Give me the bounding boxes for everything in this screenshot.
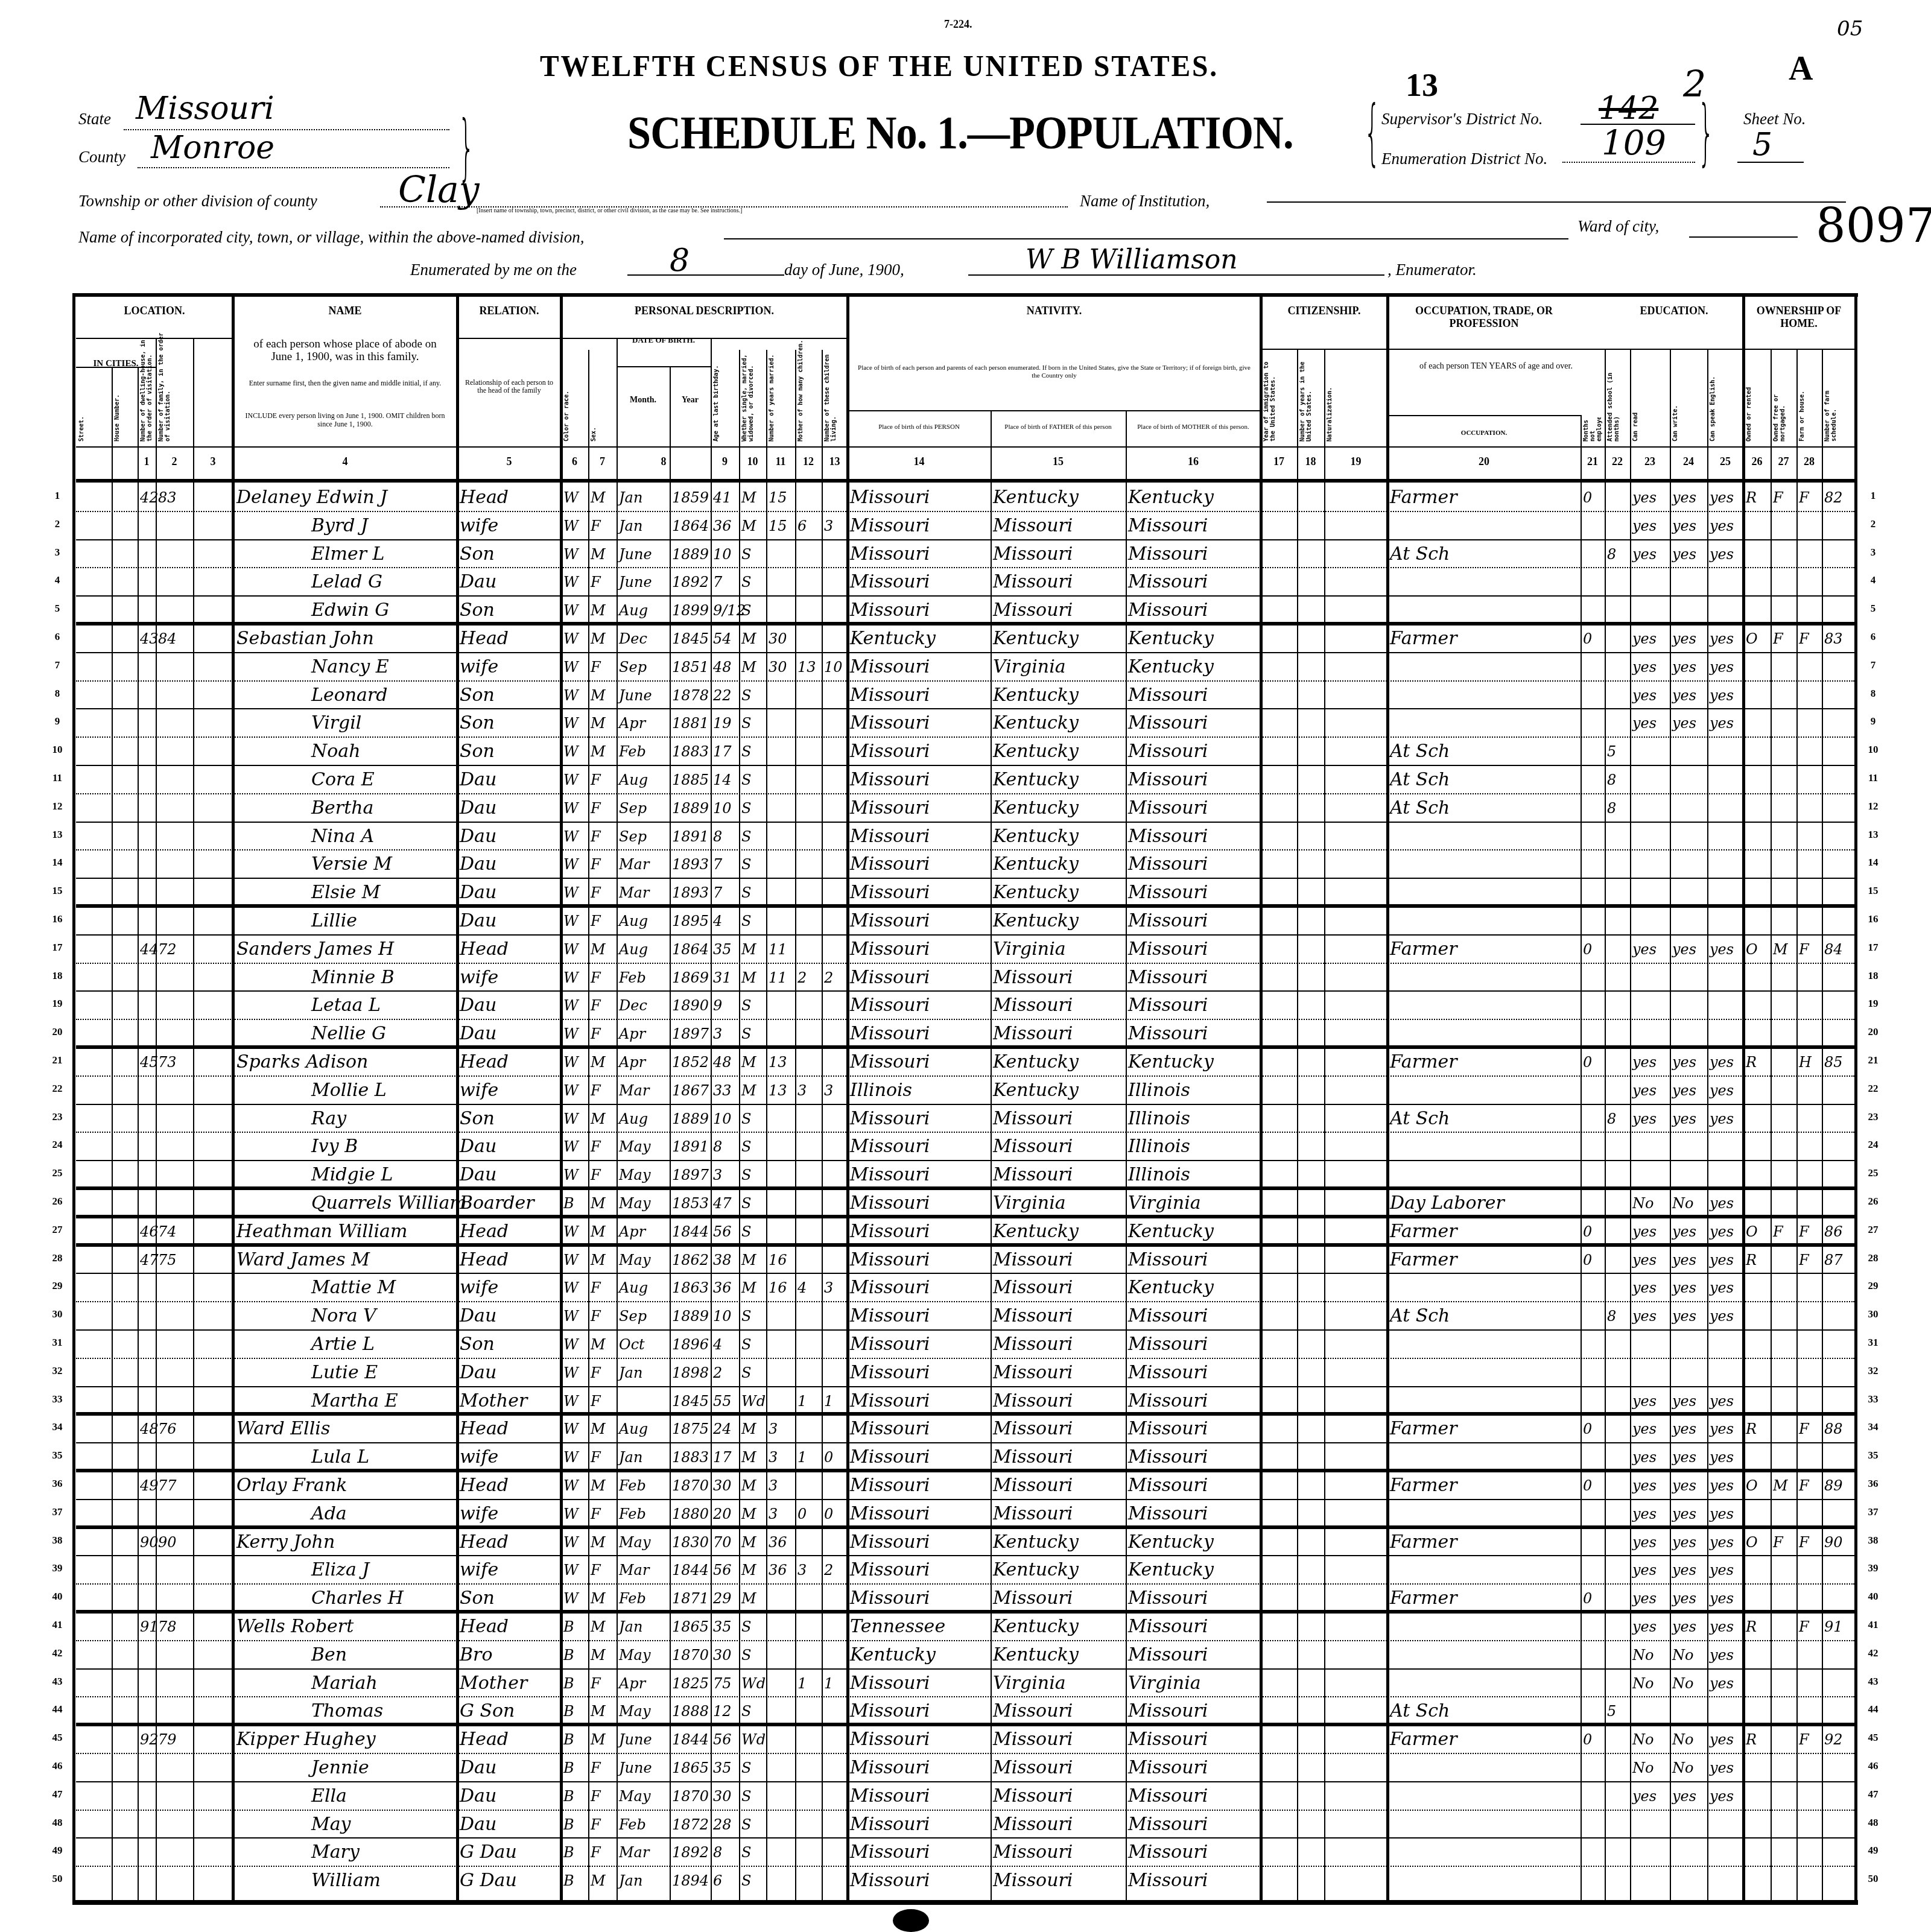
cell-mo: Mar [619, 1561, 649, 1579]
cell-name: Jennie [311, 1759, 369, 1777]
cell-age: 70 [713, 1533, 732, 1551]
cell-rd: yes [1632, 1533, 1657, 1551]
cell-yr: 1891 [672, 1138, 709, 1156]
row-number-right: 6 [1864, 631, 1882, 643]
cell-name: Lillie [311, 912, 357, 930]
cell-name: Sebastian John [236, 630, 374, 648]
cell-ym: 16 [769, 1251, 787, 1269]
column-number-28: 28 [1796, 455, 1822, 468]
cell-bm: Missouri [1128, 1025, 1208, 1043]
cell-yr: 1883 [672, 743, 709, 761]
relation-header-rule [457, 338, 561, 339]
row-number-right: 32 [1864, 1365, 1882, 1377]
row-number-right: 26 [1864, 1196, 1882, 1208]
cell-yr: 1844 [672, 1223, 709, 1241]
cell-mar: S [741, 1025, 751, 1043]
row-number-right: 9 [1864, 715, 1882, 727]
cell-age: 6 [713, 1872, 722, 1890]
cell-bp: Missouri [850, 1448, 930, 1466]
cell-col: W [563, 545, 579, 563]
cell-rel: Dau [460, 1307, 496, 1325]
cell-fh: F [1799, 489, 1809, 507]
cell-bf: Kentucky [993, 714, 1079, 732]
cell-mo: Jan [619, 1364, 642, 1382]
township-instruction: [Insert name of township, town, precinct… [477, 207, 742, 214]
stamp-number: 13 [1406, 66, 1438, 104]
row-number-right: 31 [1864, 1337, 1882, 1349]
cell-yr: 1869 [672, 969, 709, 987]
cell-fam: 78 [158, 1618, 177, 1636]
cell-fh: F [1799, 1533, 1809, 1551]
cell-dw: 49 [140, 1477, 159, 1495]
cell-of: M [1773, 940, 1788, 958]
cell-bm: Missouri [1128, 686, 1208, 705]
row-number-right: 22 [1864, 1083, 1882, 1095]
cell-age: 9/12 [713, 601, 746, 619]
column-header-family: Number of family, in the order of visita… [158, 331, 191, 442]
cell-col: W [563, 1589, 579, 1607]
cell-ym: 13 [769, 1053, 787, 1071]
cell-bf: Virginia [993, 1194, 1066, 1212]
cell-bf: Kentucky [993, 1618, 1079, 1636]
cell-age: 7 [713, 855, 722, 873]
cell-ym: 16 [769, 1279, 787, 1297]
cell-bm: Missouri [1128, 1787, 1208, 1805]
cell-rd: yes [1632, 1448, 1657, 1466]
cell-wr: No [1672, 1731, 1693, 1749]
column-number-1: 1 [138, 455, 156, 468]
cell-rel: Dau [460, 799, 496, 817]
cell-bm: Kentucky [1128, 658, 1214, 676]
row-number-right: 27 [1864, 1224, 1882, 1236]
cell-age: 47 [713, 1194, 732, 1212]
column-number-21: 21 [1581, 455, 1605, 468]
row-number-right: 47 [1864, 1788, 1882, 1801]
cell-bm: Missouri [1128, 1505, 1208, 1523]
cell-sp: yes [1710, 1618, 1734, 1636]
cell-bf: Kentucky [993, 686, 1079, 705]
cell-wr: yes [1672, 1618, 1696, 1636]
cell-sex: F [591, 996, 601, 1015]
cell-sex: F [591, 1364, 601, 1382]
cell-bp: Missouri [850, 884, 930, 902]
cell-sp: yes [1710, 1731, 1734, 1749]
cell-rd: yes [1632, 940, 1657, 958]
cell-bp: Illinois [850, 1082, 912, 1100]
cell-yr: 1889 [672, 1110, 709, 1128]
cell-cl: 10 [824, 658, 843, 676]
cell-col: W [563, 1110, 579, 1128]
row-number-left: 24 [48, 1139, 66, 1151]
name-instruction-include: INCLUDE every person living on June 1, 1… [245, 411, 445, 428]
county-line [138, 166, 449, 168]
cell-rd: yes [1632, 545, 1657, 563]
cell-sch: 8 [1607, 1110, 1616, 1128]
birth-person-header: Place of birth of this PERSON [854, 422, 985, 432]
cell-age: 30 [713, 1646, 732, 1664]
row-number-left: 49 [48, 1845, 66, 1857]
cell-dw: 47 [140, 1251, 159, 1269]
cell-col: B [563, 1646, 574, 1664]
cell-mar: M [741, 1082, 756, 1100]
cell-col: W [563, 517, 579, 535]
cell-wr: No [1672, 1759, 1693, 1777]
cell-mo: May [619, 1787, 650, 1805]
cell-name: May [311, 1816, 351, 1834]
cell-ym: 36 [769, 1533, 787, 1551]
cell-mc: 4 [797, 1279, 807, 1297]
cell-mo: Dec [619, 630, 647, 648]
cell-mo: Mar [619, 1843, 649, 1861]
enumeration-value: 109 [1602, 124, 1666, 163]
cell-bp: Missouri [850, 1816, 930, 1834]
cell-mo: June [619, 1731, 652, 1749]
cell-rd: yes [1632, 1251, 1657, 1269]
cell-mo: June [619, 545, 652, 563]
cell-bp: Missouri [850, 601, 930, 619]
cell-bm: Missouri [1128, 517, 1208, 535]
cell-sex: M [591, 1618, 606, 1636]
cell-fh: F [1799, 1477, 1809, 1495]
cell-fs: 85 [1824, 1053, 1843, 1071]
cell-rel: Boarder [460, 1194, 534, 1212]
cell-col: B [563, 1731, 574, 1749]
cell-yr: 1890 [672, 996, 709, 1015]
cell-dw: 42 [140, 489, 159, 507]
cell-sex: F [591, 1082, 601, 1100]
ward-value: 8097 [1816, 199, 1931, 253]
cell-rel: Head [460, 1420, 509, 1438]
row-number-left: 26 [48, 1196, 66, 1208]
cell-bf: Kentucky [993, 1646, 1079, 1664]
sheet-label: Sheet No. [1743, 110, 1806, 128]
cell-dw: 92 [140, 1731, 159, 1749]
cell-mc: 1 [797, 1448, 807, 1466]
cell-mu: 0 [1583, 1589, 1592, 1607]
cell-mc: 3 [797, 1082, 807, 1100]
sheet-value: 5 [1752, 127, 1772, 163]
cell-bm: Missouri [1128, 743, 1208, 761]
cell-col: W [563, 1364, 579, 1382]
cell-mar: S [741, 1787, 751, 1805]
cell-col: W [563, 1307, 579, 1325]
cell-rel: Head [460, 1477, 509, 1495]
cell-bp: Missouri [850, 545, 930, 563]
cell-fh: F [1799, 630, 1809, 648]
cell-bm: Missouri [1128, 1589, 1208, 1607]
cell-rel: Dau [460, 1759, 496, 1777]
cell-of: F [1773, 1533, 1783, 1551]
cell-yr: 1897 [672, 1025, 709, 1043]
cell-fh: F [1799, 1618, 1809, 1636]
cell-name: Lula L [311, 1448, 369, 1466]
row-number-right: 23 [1864, 1111, 1882, 1123]
cell-bf: Missouri [993, 1448, 1073, 1466]
cell-occ: Farmer [1390, 1477, 1457, 1495]
cell-sch: 8 [1607, 545, 1616, 563]
column-header-naturalization: Naturalization. [1327, 355, 1385, 442]
cell-rel: Head [460, 630, 509, 648]
cell-bm: Illinois [1128, 1110, 1190, 1128]
row-number-right: 11 [1864, 772, 1882, 784]
cell-bf: Missouri [993, 1702, 1073, 1720]
cell-sp: yes [1710, 630, 1734, 648]
cell-rel: wife [460, 1082, 498, 1100]
cell-occ: Farmer [1390, 940, 1457, 958]
cell-name: Sanders James H [236, 940, 394, 958]
cell-bp: Missouri [850, 658, 930, 676]
cell-age: 35 [713, 1759, 732, 1777]
cell-bp: Missouri [850, 1533, 930, 1551]
cell-col: W [563, 884, 579, 902]
cell-occ: Farmer [1390, 1533, 1457, 1551]
cell-mar: S [741, 1138, 751, 1156]
cell-mu: 0 [1583, 1420, 1592, 1438]
cell-rel: Son [460, 686, 495, 705]
row-number-left: 6 [48, 631, 66, 643]
cell-fs: 83 [1824, 630, 1843, 648]
cell-wr: yes [1672, 1589, 1696, 1607]
row-number-right: 21 [1864, 1054, 1882, 1066]
cell-age: 55 [713, 1392, 732, 1410]
row-number-right: 16 [1864, 913, 1882, 925]
cell-sch: 5 [1607, 743, 1616, 761]
column-header-immigration: Year of immigration to the United States… [1263, 355, 1295, 442]
cell-bm: Kentucky [1128, 1279, 1214, 1297]
cell-sex: M [591, 1194, 606, 1212]
cell-sex: M [591, 1110, 606, 1128]
column-header-farm-house: Farm or house. [1799, 355, 1819, 442]
cell-mar: S [741, 1364, 751, 1382]
cell-yr: 1863 [672, 1279, 709, 1297]
cell-yr: 1896 [672, 1335, 709, 1354]
cell-fs: 82 [1824, 489, 1843, 507]
cell-col: B [563, 1872, 574, 1890]
cell-rel: G Dau [460, 1843, 517, 1861]
cell-occ: Farmer [1390, 489, 1457, 507]
cell-or: O [1746, 940, 1758, 958]
cell-rel: Bro [460, 1646, 492, 1664]
column-number-8: 8 [617, 455, 711, 468]
cell-age: 3 [713, 1025, 722, 1043]
cell-bf: Virginia [993, 1674, 1066, 1693]
cell-or: O [1746, 1477, 1758, 1495]
cell-dw: 44 [140, 940, 159, 958]
column-header-house: House Number. [114, 369, 135, 442]
cell-sex: M [591, 1477, 606, 1495]
row-number-right: 50 [1864, 1873, 1882, 1885]
cell-sex: F [591, 1843, 601, 1861]
cell-rel: wife [460, 517, 498, 535]
cell-yr: 1892 [672, 1843, 709, 1861]
cell-age: 4 [713, 1335, 722, 1354]
cell-yr: 1899 [672, 601, 709, 619]
cell-bm: Virginia [1128, 1674, 1201, 1693]
cell-age: 75 [713, 1674, 732, 1693]
cell-mar: S [741, 771, 751, 789]
cell-bf: Kentucky [993, 771, 1079, 789]
row-number-right: 20 [1864, 1026, 1882, 1038]
cell-rel: Son [460, 714, 495, 732]
cell-mar: M [741, 517, 756, 535]
cell-bf: Missouri [993, 996, 1073, 1015]
cell-mo: Apr [619, 1053, 645, 1071]
cell-name: Nora V [311, 1307, 376, 1325]
cell-col: W [563, 630, 579, 648]
cell-bm: Missouri [1128, 855, 1208, 873]
cell-rd: yes [1632, 1420, 1657, 1438]
column-number-6: 6 [561, 455, 588, 468]
institution-label: Name of Institution, [1080, 192, 1210, 211]
cell-bp: Missouri [850, 1589, 930, 1607]
county-label: County [78, 148, 125, 166]
cell-wr: yes [1672, 1053, 1696, 1071]
column-number-17: 17 [1261, 455, 1297, 468]
cell-mo: Feb [619, 969, 646, 987]
cell-bf: Missouri [993, 1872, 1073, 1890]
cell-mar: S [741, 1872, 751, 1890]
row-number-left: 13 [48, 829, 66, 841]
cell-col: W [563, 996, 579, 1015]
cell-mar: Wd [741, 1392, 766, 1410]
cell-sex: M [591, 743, 606, 761]
state-label: State [78, 110, 111, 128]
column-number-12: 12 [795, 455, 822, 468]
cell-col: W [563, 912, 579, 930]
cell-bp: Missouri [850, 1872, 930, 1890]
cell-yr: 1844 [672, 1731, 709, 1749]
cell-occ: Farmer [1390, 630, 1457, 648]
cell-name: Ivy B [311, 1138, 358, 1156]
cell-col: W [563, 771, 579, 789]
cell-sex: F [591, 884, 601, 902]
column-number-26: 26 [1743, 455, 1771, 468]
column-header-can-write: Can write. [1672, 355, 1705, 442]
column-number-13: 13 [822, 455, 848, 468]
column-number-4: 4 [233, 455, 457, 468]
cell-mu: 0 [1583, 940, 1592, 958]
cell-mar: S [741, 714, 751, 732]
cell-bp: Missouri [850, 573, 930, 591]
cell-mo: Mar [619, 884, 649, 902]
cell-bm: Missouri [1128, 1335, 1208, 1354]
cell-sex: F [591, 771, 601, 789]
cell-rd: No [1632, 1731, 1654, 1749]
row-number-right: 38 [1864, 1535, 1882, 1547]
cell-sp: yes [1710, 686, 1734, 705]
cell-fam: 76 [158, 1420, 177, 1438]
column-number-5: 5 [457, 455, 561, 468]
row-number-left: 14 [48, 857, 66, 869]
cell-mar: S [741, 573, 751, 591]
row-number-right: 5 [1864, 603, 1882, 615]
row-number-left: 21 [48, 1054, 66, 1066]
cell-sp: yes [1710, 1533, 1734, 1551]
cell-rel: Son [460, 1110, 495, 1128]
sheet-letter: A [1789, 49, 1813, 88]
cell-fs: 88 [1824, 1420, 1843, 1438]
cell-occ: At Sch [1390, 743, 1450, 761]
cell-bf: Kentucky [993, 828, 1079, 846]
cell-bp: Missouri [850, 771, 930, 789]
cell-bm: Missouri [1128, 969, 1208, 987]
row-number-left: 2 [48, 518, 66, 530]
cell-rel: Mother [460, 1392, 527, 1410]
column-header-mother-of: Mother of how many children. [797, 331, 819, 442]
cell-bm: Missouri [1128, 1646, 1208, 1664]
birth-mother-header: Place of birth of MOTHER of this person. [1132, 422, 1255, 432]
cell-yr: 1878 [672, 686, 709, 705]
row-number-right: 29 [1864, 1280, 1882, 1292]
column-number-27: 27 [1771, 455, 1796, 468]
row-number-right: 10 [1864, 744, 1882, 756]
cell-sex: M [591, 686, 606, 705]
cell-bf: Missouri [993, 1392, 1073, 1410]
cell-sch: 8 [1607, 799, 1616, 817]
row-number-left: 37 [48, 1506, 66, 1518]
cell-rel: Son [460, 601, 495, 619]
cell-yr: 1830 [672, 1533, 709, 1551]
cell-name: Byrd J [311, 517, 368, 535]
cell-bm: Kentucky [1128, 1533, 1214, 1551]
cell-name: Bertha [311, 799, 373, 817]
cell-mu: 0 [1583, 1223, 1592, 1241]
cell-mc: 13 [797, 658, 816, 676]
cell-wr: No [1672, 1674, 1693, 1693]
row-number-right: 2 [1864, 518, 1882, 530]
cell-bp: Missouri [850, 1166, 930, 1184]
cell-bm: Kentucky [1128, 1053, 1214, 1071]
cell-sp: yes [1710, 1448, 1734, 1466]
cell-wr: yes [1672, 714, 1696, 732]
cell-cl: 2 [824, 969, 833, 987]
cell-bp: Missouri [850, 1420, 930, 1438]
cell-occ: Farmer [1390, 1223, 1457, 1241]
cell-mar: S [741, 1816, 751, 1834]
cell-ym: 15 [769, 517, 787, 535]
cell-age: 38 [713, 1251, 732, 1269]
cell-sex: M [591, 940, 606, 958]
cell-yr: 1883 [672, 1448, 709, 1466]
column-header-farm-schedule: Number of farm schedule. [1824, 355, 1852, 442]
occupation-header-rule [1387, 349, 1605, 350]
cell-or: R [1746, 1053, 1757, 1071]
cell-sex: F [591, 1392, 601, 1410]
cell-sex: M [591, 545, 606, 563]
cell-rd: yes [1632, 1053, 1657, 1071]
cell-rel: wife [460, 658, 498, 676]
cell-rel: G Dau [460, 1872, 517, 1890]
cell-wr: yes [1672, 658, 1696, 676]
cell-rd: No [1632, 1646, 1654, 1664]
cell-bp: Missouri [850, 828, 930, 846]
cell-wr: yes [1672, 1279, 1696, 1297]
cell-bm: Missouri [1128, 1731, 1208, 1749]
column-header-marital: Whether single, married, widowed, or div… [741, 331, 764, 442]
cell-bm: Virginia [1128, 1194, 1201, 1212]
cell-occ: Farmer [1390, 1589, 1457, 1607]
cell-mc: 6 [797, 517, 807, 535]
cell-mo: Aug [619, 912, 648, 930]
cell-bp: Missouri [850, 1194, 930, 1212]
cell-bf: Missouri [993, 517, 1073, 535]
cell-yr: 1872 [672, 1816, 709, 1834]
cell-col: W [563, 1533, 579, 1551]
cell-of: M [1773, 1477, 1788, 1495]
cell-col: W [563, 743, 579, 761]
cell-mc: 2 [797, 969, 807, 987]
cell-bf: Kentucky [993, 1223, 1079, 1241]
